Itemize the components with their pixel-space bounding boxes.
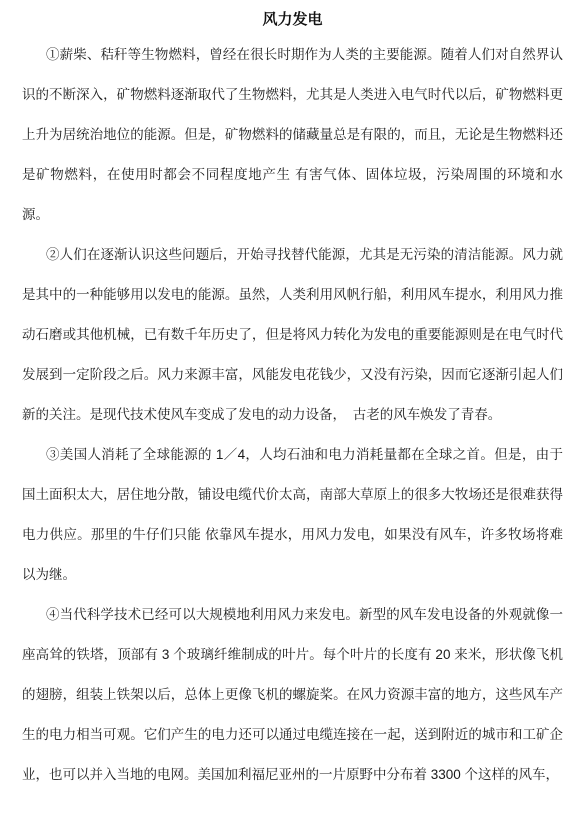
paragraph-3: ③美国人消耗了全球能源的 1／4，人均石油和电力消耗量都在全球之首。但是，由于国…	[22, 435, 563, 595]
paragraph-2: ②人们在逐渐认识这些问题后，开始寻找替代能源，尤其是无污染的清洁能源。风力就是其…	[22, 235, 563, 435]
paragraph-4: ④当代科学技术已经可以大规模地利用风力来发电。新型的风车发电设备的外观就像一座高…	[22, 595, 563, 795]
document-title: 风力发电	[22, 4, 563, 35]
document-page: 风力发电 ①薪柴、秸秆等生物燃料，曾经在很长时期作为人类的主要能源。随着人们对自…	[0, 0, 585, 836]
paragraph-1: ①薪柴、秸秆等生物燃料，曾经在很长时期作为人类的主要能源。随着人们对自然界认识的…	[22, 35, 563, 235]
